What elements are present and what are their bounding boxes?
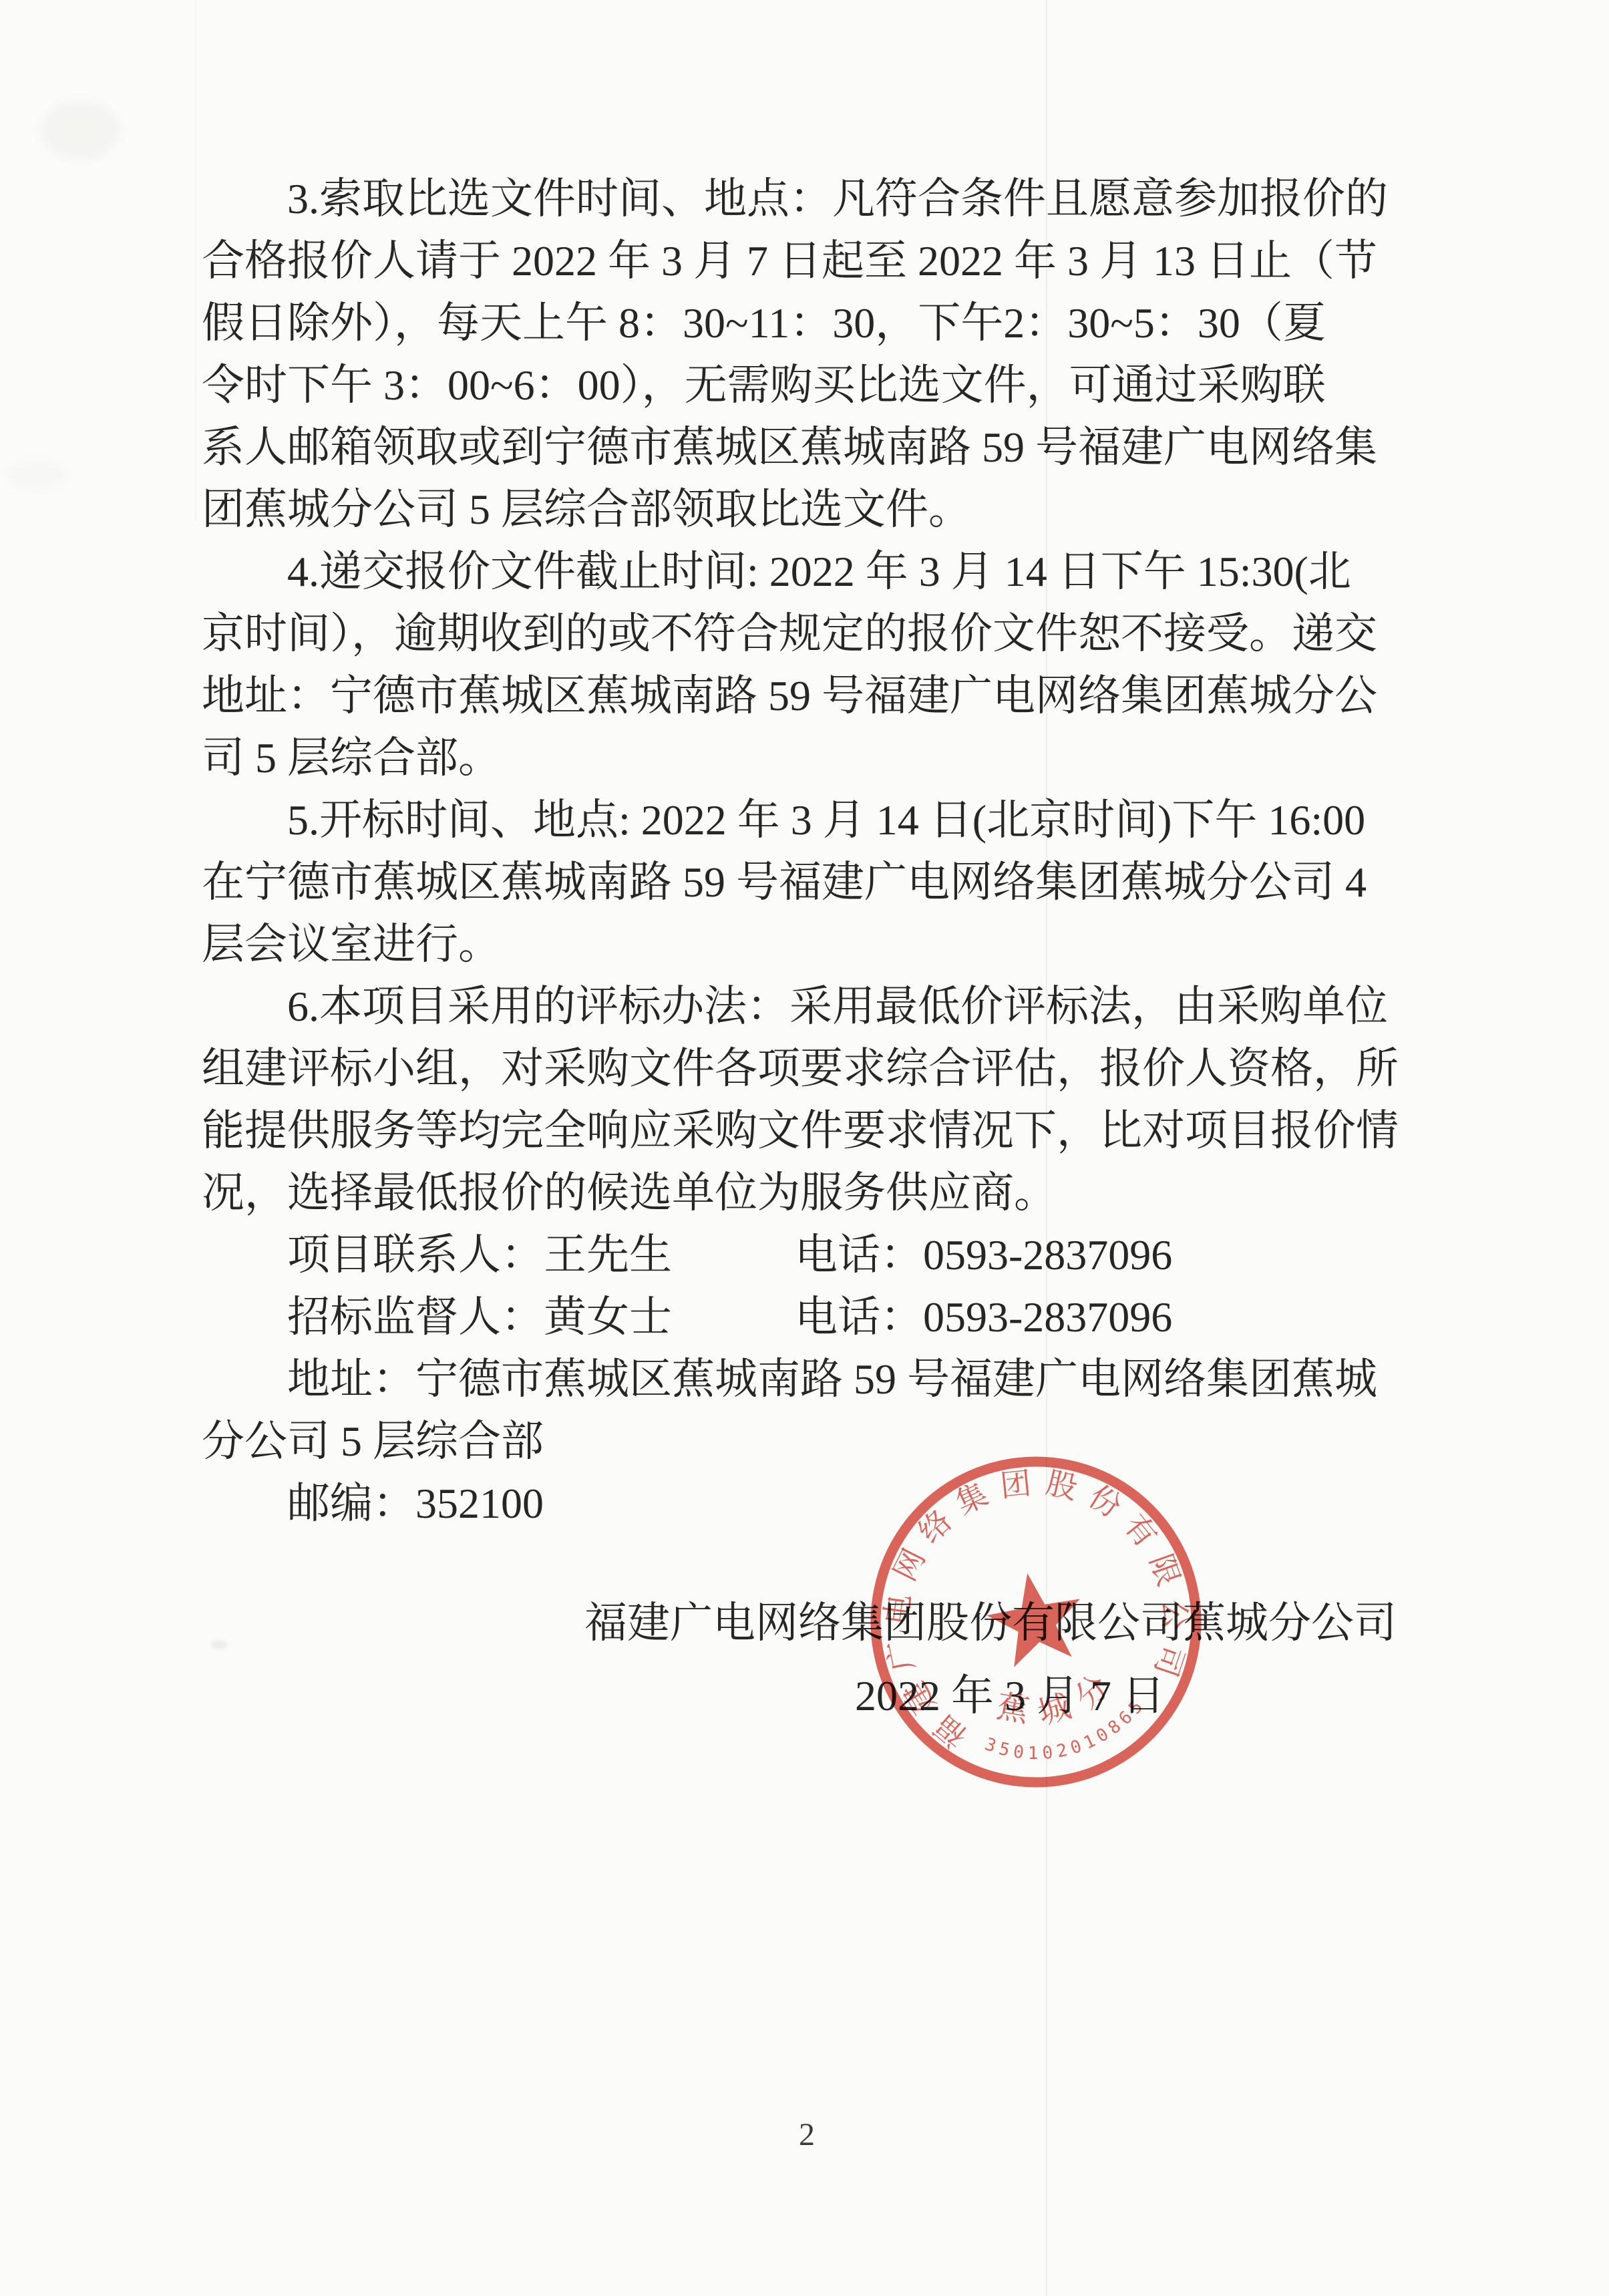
address-line: 地址：宁德市蕉城区蕉城南路 59 号福建广电网络集团蕉城 xyxy=(202,1353,1509,1406)
scan-smudge xyxy=(7,461,67,488)
paragraph-3-line: 合格报价人请于 2022 年 3 月 7 日起至 2022 年 3 月 13 日… xyxy=(202,234,1424,288)
paragraph-3-line: 令时下午 3：00~6：00），无需购买比选文件，可通过采购联 xyxy=(202,359,1424,412)
contact-person-label: 项目联系人：王先生 xyxy=(287,1231,672,1279)
address-line: 分公司 5 层综合部 xyxy=(202,1415,1424,1468)
paragraph-4-line: 4.递交报价文件截止时间: 2022 年 3 月 14 日下午 15:30(北 xyxy=(202,545,1509,599)
scanned-document-page: 3.索取比选文件时间、地点：凡符合条件且愿意参加报价的 合格报价人请于 2022… xyxy=(0,0,1609,2296)
paragraph-3-line: 假日除外），每天上午 8：30~11：30，下午2：30~5：30（夏 xyxy=(202,297,1424,350)
paragraph-5-line: 在宁德市蕉城区蕉城南路 59 号福建广电网络集团蕉城分公司 4 xyxy=(202,856,1424,909)
supervisor-line: 招标监督人：黄女士 电话：0593-2837096 xyxy=(202,1291,1509,1344)
supervisor-label: 招标监督人：黄女士 xyxy=(287,1293,672,1341)
paragraph-6-line: 6.本项目采用的评标办法：采用最低价评标法，由采购单位 xyxy=(202,980,1509,1033)
paragraph-4-line: 地址：宁德市蕉城区蕉城南路 59 号福建广电网络集团蕉城分公 xyxy=(202,669,1424,723)
paragraph-6-line: 况，选择最低报价的候选单位为服务供应商。 xyxy=(202,1166,1424,1220)
paragraph-4-line: 司 5 层综合部。 xyxy=(202,731,1424,785)
paragraph-6-line: 组建评标小组，对采购文件各项要求综合评估，报价人资格，所 xyxy=(202,1042,1424,1096)
contact-person-line: 项目联系人：王先生 电话：0593-2837096 xyxy=(202,1228,1509,1282)
scan-smudge xyxy=(210,1640,228,1649)
page-number: 2 xyxy=(799,2116,815,2153)
company-seal-stamp: 福建广电网络集团股份有限公司 蕉城分公司 3501020108653 xyxy=(849,1435,1223,1809)
seal-star-icon xyxy=(980,1565,1089,1670)
scan-smudge xyxy=(40,100,120,160)
paragraph-4-line: 京时间），逾期收到的或不符合规定的报价文件恕不接受。递交 xyxy=(202,607,1424,661)
paragraph-6-line: 能提供服务等均完全响应采购文件要求情况下，比对项目报价情 xyxy=(202,1104,1424,1158)
paragraph-3-line: 系人邮箱领取或到宁德市蕉城区蕉城南路 59 号福建广电网络集 xyxy=(202,421,1424,474)
paragraph-3-line: 团蕉城分公司 5 层综合部领取比选文件。 xyxy=(202,483,1424,536)
paragraph-5-line: 5.开标时间、地点: 2022 年 3 月 14 日(北京时间)下午 16:00 xyxy=(202,794,1509,847)
scan-fold-line-short xyxy=(195,0,196,521)
contact-phone: 电话：0593-2837096 xyxy=(795,1228,1172,1282)
paragraph-3-line: 3.索取比选文件时间、地点：凡符合条件且愿意参加报价的 xyxy=(202,172,1509,226)
supervisor-phone: 电话：0593-2837096 xyxy=(795,1291,1172,1344)
paragraph-5-line: 层会议室进行。 xyxy=(202,918,1424,971)
